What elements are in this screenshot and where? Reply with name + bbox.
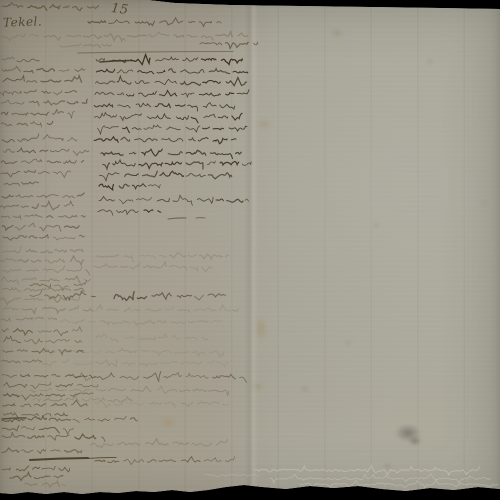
handwriting-line	[54, 475, 63, 478]
handwriting-line	[218, 116, 228, 118]
handwriting-line	[4, 149, 15, 152]
handwriting-line	[183, 58, 198, 61]
handwriting-line	[188, 105, 198, 111]
handwriting-line	[209, 351, 225, 357]
handwriting-line	[35, 376, 49, 378]
handwriting-line	[2, 3, 23, 8]
handwriting-line	[165, 162, 181, 165]
handwriting-line	[3, 404, 16, 406]
handwriting-line	[115, 416, 126, 419]
handwriting-line	[186, 174, 205, 177]
handwriting-line	[16, 195, 33, 198]
handwriting-line	[47, 161, 61, 163]
handwriting-line	[89, 321, 95, 322]
handwriting-line	[4, 183, 20, 185]
handwriting-line	[108, 389, 125, 391]
handwriting-line	[35, 317, 44, 319]
handwriting-line	[122, 363, 135, 366]
handwriting-line	[39, 428, 59, 434]
handwriting-line	[40, 225, 61, 231]
handwriting-line	[15, 226, 26, 230]
handwriting-line	[94, 104, 113, 107]
handwriting-line	[62, 359, 69, 362]
handwriting-line	[189, 21, 195, 22]
handwriting-line	[37, 450, 45, 454]
handwriting-line	[136, 103, 151, 107]
handwriting-line	[25, 483, 37, 485]
handwriting-line	[232, 113, 242, 120]
handwriting-layer	[0, 0, 500, 500]
handwriting-line	[186, 374, 208, 379]
handwriting-line	[40, 150, 48, 151]
handwriting-line	[24, 299, 44, 301]
handwriting-line	[47, 121, 53, 124]
handwriting-line	[135, 138, 158, 141]
handwriting-line	[50, 5, 60, 9]
handwriting-line	[69, 306, 79, 311]
handwriting-line	[62, 195, 75, 197]
handwriting-line	[205, 474, 260, 476]
handwriting-line	[28, 436, 45, 439]
handwriting-line	[70, 250, 83, 252]
handwriting-line	[1, 360, 20, 363]
handwriting-line	[213, 128, 223, 129]
handwriting-line	[2, 57, 14, 60]
handwriting-line	[95, 402, 111, 409]
heading-word-fragment: Tekel.	[3, 15, 43, 28]
handwriting-line	[100, 173, 120, 181]
handwriting-line	[24, 339, 43, 344]
handwriting-line	[2, 247, 21, 253]
handwriting-line	[181, 82, 201, 86]
handwriting-line	[65, 276, 80, 283]
handwriting-line	[2, 426, 19, 431]
handwriting-line	[30, 34, 39, 36]
handwriting-line	[40, 279, 59, 281]
handwriting-line	[139, 255, 156, 259]
handwriting-line	[188, 322, 195, 323]
handwriting-line	[65, 450, 82, 453]
handwriting-line	[201, 35, 213, 40]
handwriting-line	[146, 309, 161, 311]
handwriting-line	[24, 70, 33, 73]
handwriting-line	[0, 298, 20, 305]
handwriting-line	[75, 69, 85, 72]
handwriting-line	[216, 439, 227, 445]
handwriting-line	[217, 22, 221, 23]
handwriting-line	[1, 318, 10, 322]
handwriting-line	[102, 437, 106, 442]
handwriting-line	[52, 375, 61, 377]
handwriting-line	[118, 105, 131, 108]
handwriting-line	[2, 375, 17, 378]
handwriting-line	[131, 386, 151, 392]
handwriting-line	[29, 223, 35, 227]
handwriting-line	[22, 414, 39, 416]
handwriting-line	[199, 93, 220, 96]
handwriting-line	[126, 403, 145, 405]
handwriting-line	[67, 267, 83, 271]
handwriting-line	[31, 112, 49, 115]
handwriting-line	[72, 400, 88, 406]
handwriting-line	[143, 171, 158, 177]
handwriting-line	[0, 259, 15, 262]
handwriting-line	[96, 389, 106, 391]
handwriting-line	[117, 76, 131, 84]
handwriting-line	[82, 99, 87, 103]
handwriting-line	[132, 184, 146, 189]
handwriting-line	[174, 35, 184, 37]
handwriting-line	[149, 402, 162, 404]
handwriting-line	[198, 138, 208, 142]
handwriting-line	[124, 256, 134, 262]
handwriting-line	[21, 206, 28, 207]
handwriting-line	[48, 318, 56, 320]
handwriting-line	[48, 435, 69, 440]
handwriting-line	[141, 350, 150, 351]
handwriting-line	[139, 163, 163, 169]
handwriting-line	[152, 351, 171, 356]
handwriting-line	[55, 250, 67, 252]
handwriting-line	[59, 467, 70, 472]
handwriting-line	[75, 340, 82, 342]
handwriting-line	[39, 330, 52, 332]
handwriting-line	[203, 338, 208, 340]
handwriting-line	[222, 404, 229, 405]
handwriting-line	[112, 321, 131, 324]
handwriting-line	[54, 330, 68, 336]
handwriting-line	[14, 329, 33, 335]
handwriting-line	[44, 35, 61, 40]
handwriting-line	[87, 6, 98, 9]
handwriting-line	[242, 162, 251, 166]
handwriting-line	[144, 262, 167, 269]
handwriting-line	[1, 216, 10, 218]
handwriting-line	[125, 174, 139, 177]
handwriting-line	[165, 307, 174, 311]
handwriting-line	[1, 100, 24, 104]
handwriting-line	[231, 139, 236, 140]
handwriting-line	[117, 70, 133, 73]
handwriting-line	[175, 351, 189, 353]
handwriting-line	[60, 319, 70, 322]
handwriting-line	[146, 439, 168, 445]
handwriting-line	[130, 263, 140, 269]
handwriting-line	[204, 114, 216, 117]
handwriting-line	[24, 288, 46, 290]
handwriting-line	[95, 460, 105, 461]
handwriting-line	[50, 149, 69, 152]
handwriting-line	[30, 284, 51, 288]
handwriting-line	[51, 404, 66, 407]
handwriting-line	[94, 373, 114, 380]
handwriting-line	[68, 138, 77, 141]
handwriting-line	[203, 103, 216, 108]
handwriting-line	[200, 254, 223, 259]
handwriting-line	[202, 267, 213, 272]
handwriting-line	[220, 105, 235, 110]
handwriting-line	[73, 150, 89, 155]
handwriting-line	[94, 137, 118, 142]
handwriting-line	[96, 69, 114, 72]
handwriting-line	[83, 351, 101, 355]
handwriting-line	[254, 42, 258, 45]
handwriting-line	[37, 69, 55, 72]
handwriting-line	[52, 109, 63, 114]
handwriting-line	[208, 360, 215, 363]
handwriting-line	[29, 101, 39, 105]
handwriting-line	[147, 114, 170, 119]
handwriting-line	[186, 150, 206, 155]
handwriting-line	[137, 297, 146, 299]
handwriting-line	[88, 21, 106, 23]
handwriting-line	[118, 349, 136, 353]
handwriting-line	[96, 255, 119, 258]
handwriting-line	[157, 321, 166, 323]
handwriting-line	[197, 197, 213, 203]
handwriting-line	[65, 226, 80, 228]
handwriting-line	[78, 51, 233, 53]
handwriting-line	[44, 398, 62, 400]
handwriting-line	[57, 389, 66, 390]
handwriting-line	[47, 216, 53, 218]
handwriting-line	[117, 93, 123, 95]
handwriting-line	[181, 93, 194, 97]
handwriting-line	[172, 335, 182, 339]
handwriting-line	[173, 442, 189, 444]
handwriting-line	[162, 138, 183, 141]
handwriting-line	[160, 361, 177, 363]
handwriting-line	[152, 293, 171, 299]
handwriting-line	[44, 101, 65, 105]
handwriting-line	[136, 198, 151, 200]
handwriting-line	[144, 372, 161, 382]
handwriting-line	[84, 279, 90, 281]
handwriting-line	[159, 255, 167, 257]
handwriting-line	[96, 59, 105, 61]
handwriting-line	[2, 139, 14, 142]
handwriting-line	[86, 270, 90, 275]
handwriting-line	[38, 171, 50, 173]
handwriting-line	[41, 251, 53, 253]
handwriting-line	[55, 413, 68, 415]
handwriting-line	[31, 383, 51, 389]
handwriting-line	[104, 34, 125, 42]
handwriting-line	[1, 112, 8, 114]
handwriting-line	[121, 137, 130, 141]
handwriting-line	[101, 152, 123, 156]
handwriting-line	[158, 211, 161, 212]
handwriting-line	[221, 59, 242, 65]
handwriting-line	[26, 249, 37, 252]
handwriting-line	[4, 394, 20, 397]
handwriting-line	[63, 291, 86, 300]
handwriting-line	[226, 78, 246, 86]
handwriting-line	[203, 80, 221, 83]
handwriting-line	[42, 91, 51, 93]
handwriting-line	[3, 307, 19, 309]
handwriting-line	[46, 340, 70, 344]
handwriting-line	[28, 415, 47, 419]
handwriting-line	[121, 266, 128, 267]
handwriting-line	[34, 404, 45, 406]
handwriting-line	[30, 458, 88, 460]
handwriting-line	[13, 215, 21, 219]
handwriting-line	[88, 457, 116, 458]
handwriting-line	[2, 277, 19, 284]
handwriting-line	[83, 35, 102, 39]
handwriting-line	[16, 318, 33, 320]
handwriting-line	[34, 476, 50, 479]
handwriting-line	[210, 153, 232, 159]
handwriting-line	[73, 320, 84, 324]
handwriting-line	[164, 373, 182, 379]
handwriting-line	[133, 320, 155, 326]
handwriting-line	[2, 418, 26, 419]
handwriting-line	[200, 43, 222, 45]
handwriting-line	[109, 20, 130, 24]
handwriting-line	[41, 80, 61, 82]
handwriting-line	[180, 362, 202, 364]
handwriting-line	[22, 427, 35, 430]
handwriting-line	[98, 126, 119, 134]
handwriting-line	[96, 81, 116, 84]
handwriting-line	[2, 350, 13, 352]
handwriting-line	[101, 321, 110, 325]
handwriting-line	[37, 195, 58, 198]
handwriting-line	[17, 59, 39, 62]
handwriting-line	[65, 76, 82, 82]
handwriting-line	[139, 337, 156, 340]
handwriting-line	[81, 161, 83, 163]
handwriting-line	[43, 135, 63, 141]
handwriting-line	[187, 35, 197, 37]
handwriting-line	[148, 185, 160, 188]
handwriting-line	[29, 236, 37, 238]
handwriting-line	[74, 288, 84, 291]
handwriting-line	[51, 450, 61, 452]
handwriting-line	[176, 105, 186, 107]
handwriting-line	[62, 484, 66, 485]
handwriting-line	[130, 418, 137, 421]
handwriting-line	[2, 34, 25, 41]
handwriting-line	[227, 199, 243, 202]
handwriting-line	[17, 148, 35, 153]
handwriting-line	[193, 389, 207, 391]
handwriting-line	[190, 266, 199, 271]
handwriting-line	[192, 351, 205, 356]
handwriting-line	[217, 362, 229, 367]
handwriting-line	[119, 184, 129, 188]
handwriting-line	[4, 336, 21, 343]
handwriting-line	[40, 235, 49, 238]
handwriting-line	[2, 419, 24, 422]
handwriting-line	[59, 216, 77, 218]
handwriting-line	[144, 125, 161, 129]
handwriting-line	[10, 472, 31, 480]
handwriting-line	[95, 264, 117, 268]
handwriting-line	[270, 474, 490, 483]
handwriting-line	[32, 398, 42, 401]
handwriting-line	[2, 195, 13, 198]
handwriting-line	[67, 102, 78, 104]
handwriting-line	[3, 76, 25, 82]
handwriting-line	[226, 457, 235, 462]
handwriting-line	[21, 404, 31, 407]
handwriting-line	[46, 394, 65, 396]
handwriting-line	[118, 443, 141, 446]
handwriting-line	[2, 67, 20, 72]
handwriting-line	[209, 390, 229, 396]
handwriting-line	[170, 253, 186, 258]
handwriting-line	[236, 152, 242, 154]
handwriting-line	[2, 448, 19, 453]
handwriting-line	[71, 256, 84, 265]
handwriting-line	[108, 461, 119, 463]
handwriting-line	[80, 235, 85, 236]
handwriting-line	[233, 309, 238, 311]
handwriting-line	[77, 384, 98, 387]
handwriting-line	[180, 70, 204, 74]
handwriting-line	[3, 236, 27, 241]
handwriting-line	[49, 418, 70, 421]
handwriting-line	[124, 459, 144, 464]
handwriting-line	[216, 31, 233, 37]
handwriting-line	[119, 200, 133, 204]
handwriting-line	[113, 160, 136, 166]
handwriting-line	[144, 210, 153, 212]
handwriting-line	[114, 292, 134, 301]
handwriting-line	[160, 91, 177, 97]
handwriting-line	[31, 260, 41, 262]
handwriting-line	[169, 69, 176, 73]
handwriting-line	[198, 401, 219, 404]
handwriting-line	[82, 398, 105, 401]
handwriting-line	[181, 402, 193, 407]
handwriting-line	[135, 21, 154, 25]
handwriting-line	[220, 162, 239, 165]
handwriting-line	[81, 216, 85, 218]
handwriting-line	[44, 414, 52, 417]
handwriting-line	[66, 35, 81, 37]
handwriting-line	[171, 322, 186, 323]
handwriting-line	[18, 260, 29, 263]
handwriting-line	[237, 90, 249, 94]
handwriting-line	[96, 305, 102, 311]
handwriting-line	[32, 204, 38, 209]
handwriting-line	[33, 467, 40, 469]
handwriting-line	[169, 265, 187, 270]
handwriting-line	[226, 42, 249, 48]
handwriting-line	[17, 350, 27, 352]
handwriting-line	[73, 7, 83, 11]
handwriting-line	[201, 58, 216, 60]
handwriting-line	[27, 270, 39, 271]
handwriting-line	[191, 117, 198, 123]
handwriting-line	[21, 450, 32, 453]
handwriting-line	[157, 386, 177, 394]
paper-sheet: Tekel. 15	[0, 0, 500, 500]
handwriting-line	[188, 255, 197, 257]
handwriting-line	[1, 123, 12, 126]
handwriting-line	[173, 195, 192, 205]
handwriting-line	[126, 94, 133, 96]
handwriting-line	[142, 149, 163, 156]
handwriting-line	[40, 389, 52, 391]
handwriting-line	[75, 434, 96, 439]
handwriting-line	[255, 466, 479, 476]
handwriting-line	[233, 71, 248, 73]
